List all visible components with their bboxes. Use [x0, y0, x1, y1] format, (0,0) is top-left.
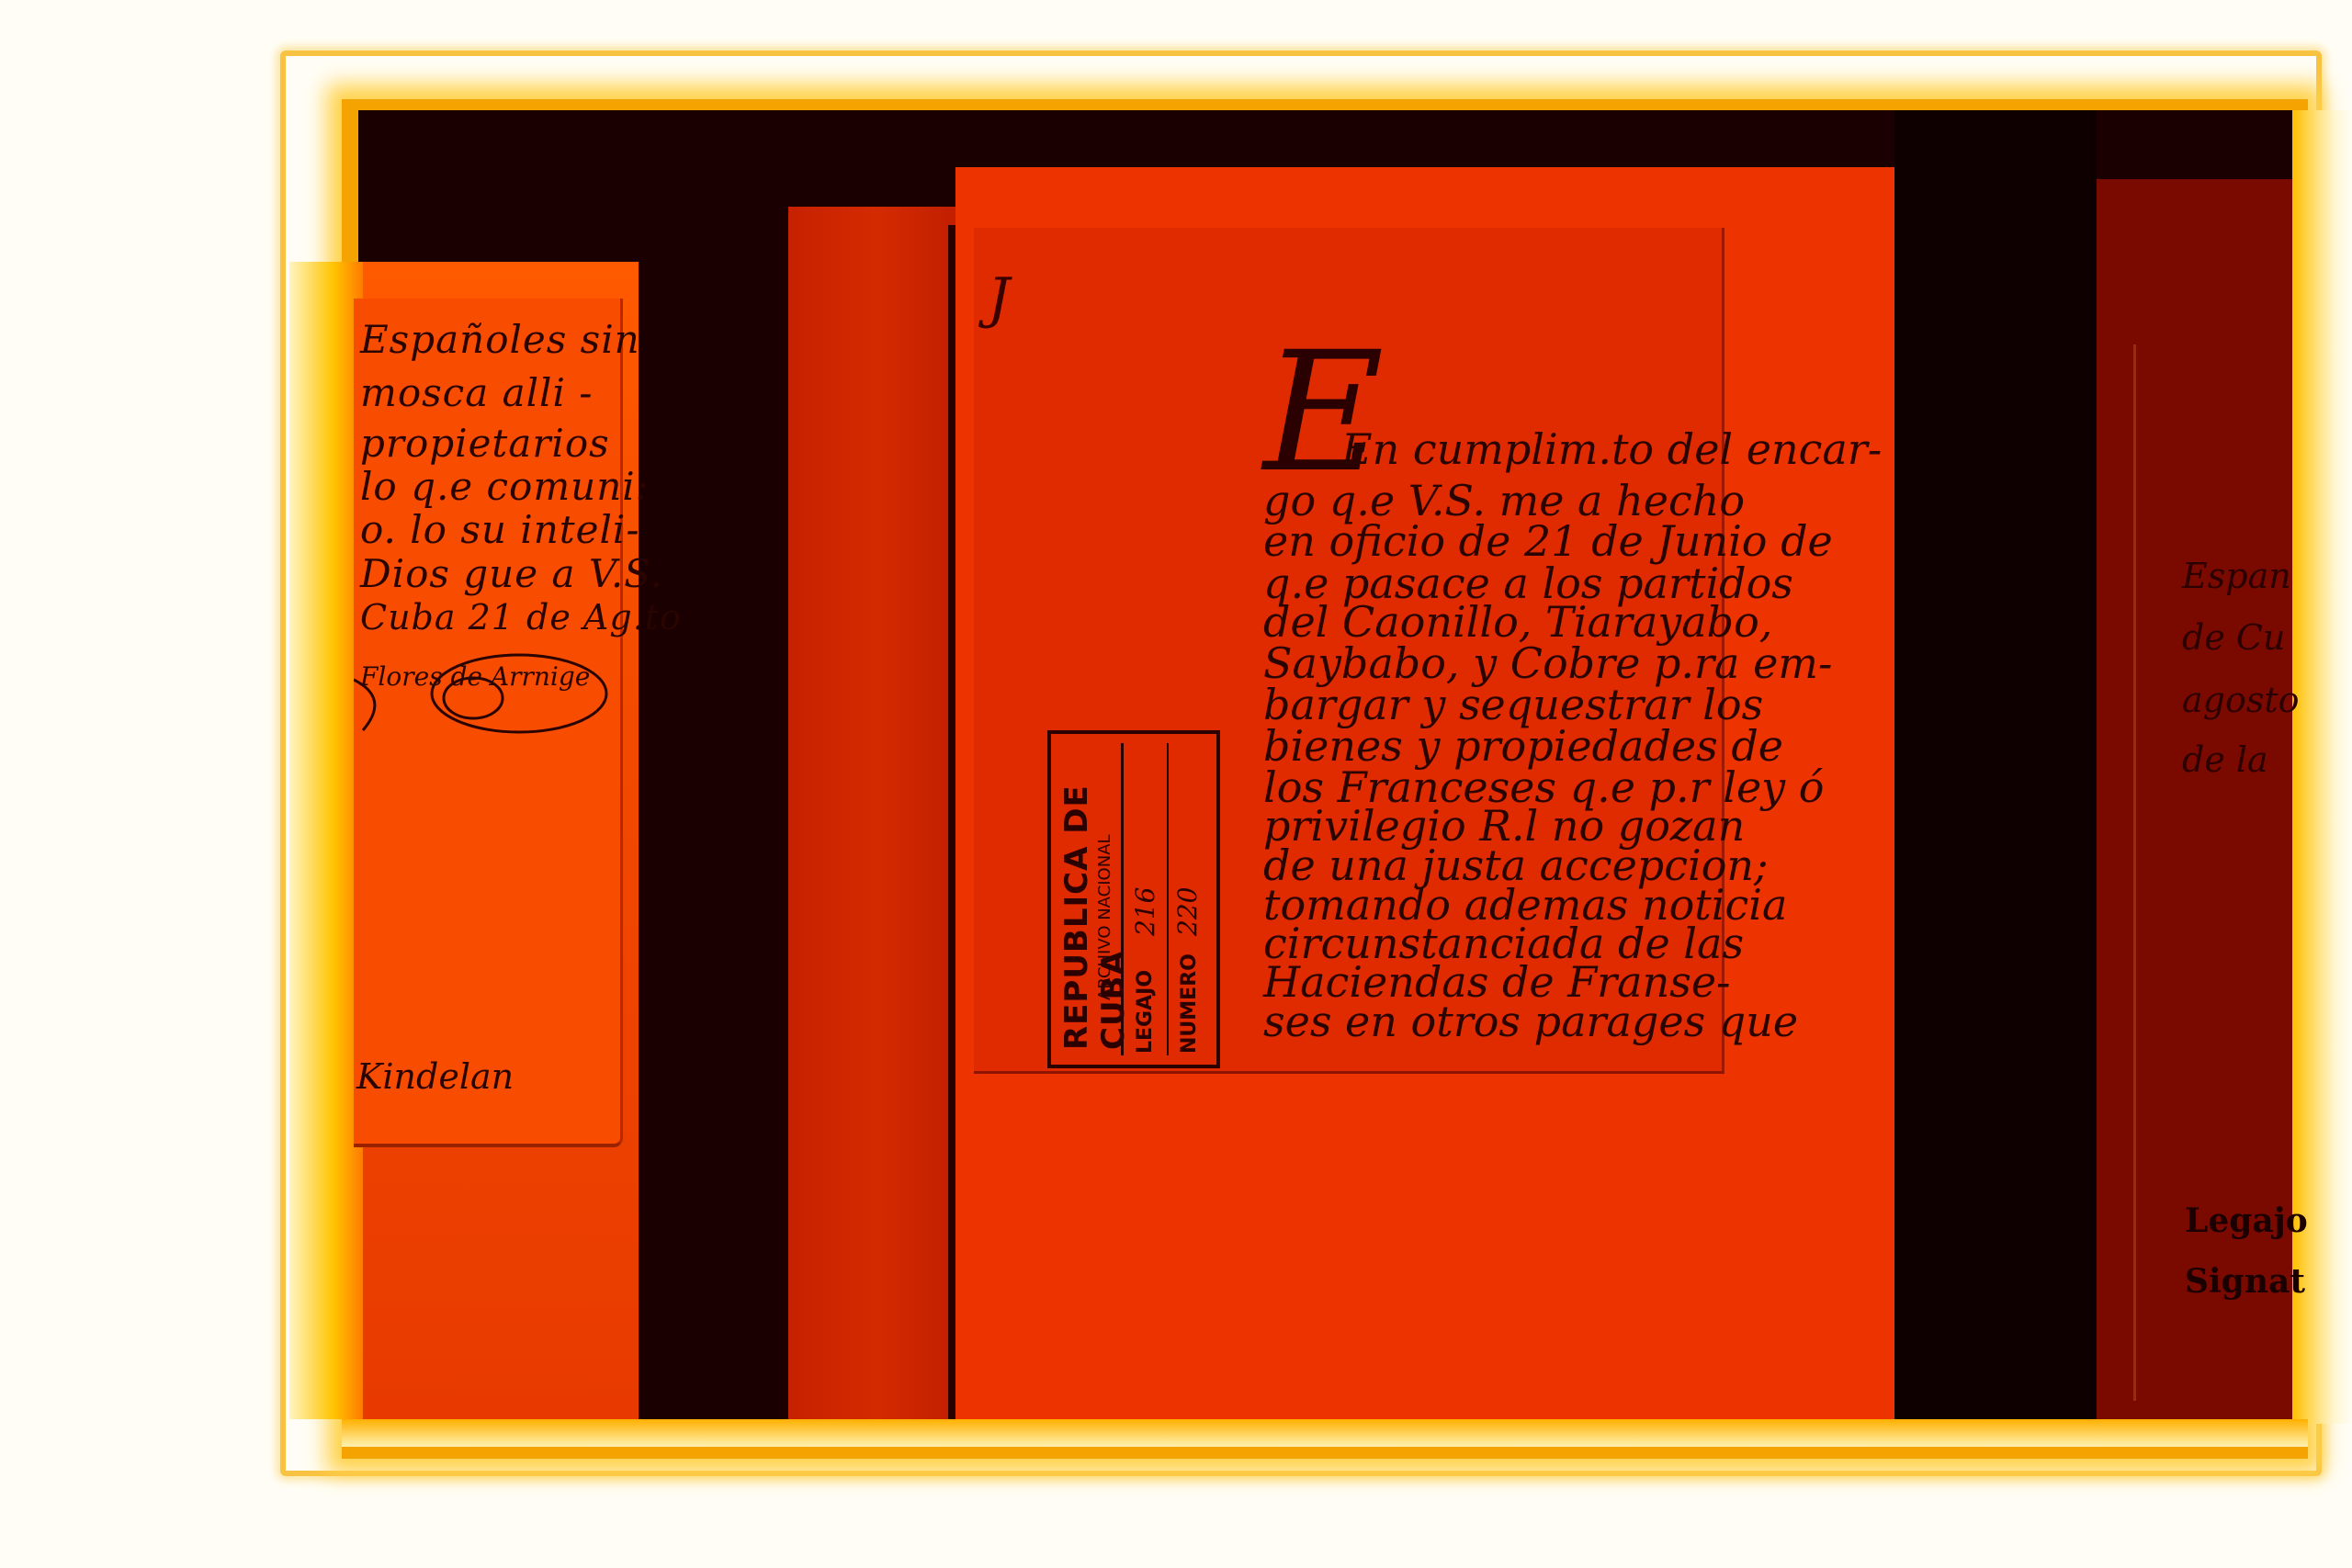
stamp-subtitle: ARCHIVO NACIONAL	[1095, 834, 1114, 1000]
left-text-line: lo q.e comuni:	[360, 464, 650, 509]
left-text-line: propietarios	[360, 421, 610, 466]
card-margin-rule	[2133, 344, 2136, 1401]
stamp-numero-value: 220	[1172, 887, 1203, 936]
right-hand-line: de la	[2182, 739, 2268, 780]
letter-line: ses en otros parages que	[1263, 997, 1798, 1046]
letter-line: En cumplim.to del encar-	[1341, 424, 1882, 474]
left-text-line: Dios gue a V.S.	[360, 551, 663, 596]
stamp-divider	[1167, 743, 1169, 1055]
left-text-line: mosca alli -	[360, 370, 593, 415]
left-bottom-signature: Kindelan	[356, 1056, 514, 1097]
margin-mark: J	[988, 266, 1010, 331]
left-text-line: Cuba 21 de Ag.to	[360, 597, 682, 637]
left-text-line: Españoles sin	[360, 317, 640, 362]
right-dark-gap	[1894, 110, 2097, 1419]
right-hand-line: Espan	[2182, 556, 2291, 596]
right-print-legajo: Legajo	[2185, 1201, 2308, 1240]
signature-rubric-icon	[354, 643, 629, 744]
strip-gap	[948, 225, 955, 1419]
stamp-legajo-label: LEGAJO	[1134, 970, 1157, 1054]
right-hand-line: agosto	[2182, 680, 2300, 720]
archive-stamp: REPUBLICA DE CUBA ARCHIVO NACIONAL LEGAJ…	[1047, 730, 1220, 1068]
stamp-legajo-value: 216	[1130, 887, 1160, 936]
right-print-signatura: Signat	[2185, 1262, 2305, 1301]
left-card-edge-glow	[289, 262, 363, 1419]
left-text-line: o. lo su inteli-	[360, 507, 640, 552]
stamp-numero-label: NUMERO	[1178, 953, 1201, 1054]
bottom-edge-glow	[342, 1419, 2308, 1447]
center-folder-strip	[788, 207, 965, 1419]
right-hand-line: de Cu	[2182, 617, 2285, 658]
stamp-divider	[1121, 743, 1124, 1055]
